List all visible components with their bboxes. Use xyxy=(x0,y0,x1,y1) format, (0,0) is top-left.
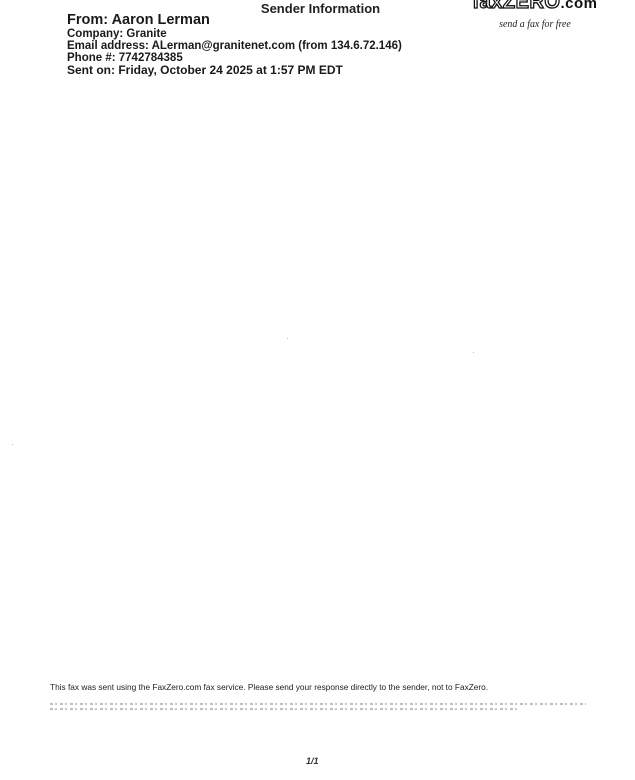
page-number: 1/1 xyxy=(306,756,319,766)
sender-company: Company: Granite xyxy=(67,28,402,40)
fax-service-note: This fax was sent using the FaxZero.com … xyxy=(50,682,488,692)
illegible-disclaimer-line xyxy=(50,708,520,710)
scan-speck xyxy=(12,444,13,445)
sender-info-block: From: Aaron Lerman Company: Granite Emai… xyxy=(67,13,402,76)
sender-name: From: Aaron Lerman xyxy=(67,13,402,28)
illegible-disclaimer-line xyxy=(50,703,586,705)
sender-email: Email address: ALerman@granitenet.com (f… xyxy=(67,40,402,52)
sent-on: Sent on: Friday, October 24 2025 at 1:57… xyxy=(67,64,402,76)
scan-speck xyxy=(287,338,288,339)
logo-tagline: send a fax for free xyxy=(477,18,594,30)
logo-wordmark: faxZERO.com xyxy=(470,0,600,14)
faxzero-logo: faxZERO.com send a fax for free xyxy=(470,0,600,30)
logo-suffix: .com xyxy=(560,0,597,12)
scan-speck xyxy=(473,352,474,353)
logo-name: faxZERO xyxy=(473,0,561,13)
